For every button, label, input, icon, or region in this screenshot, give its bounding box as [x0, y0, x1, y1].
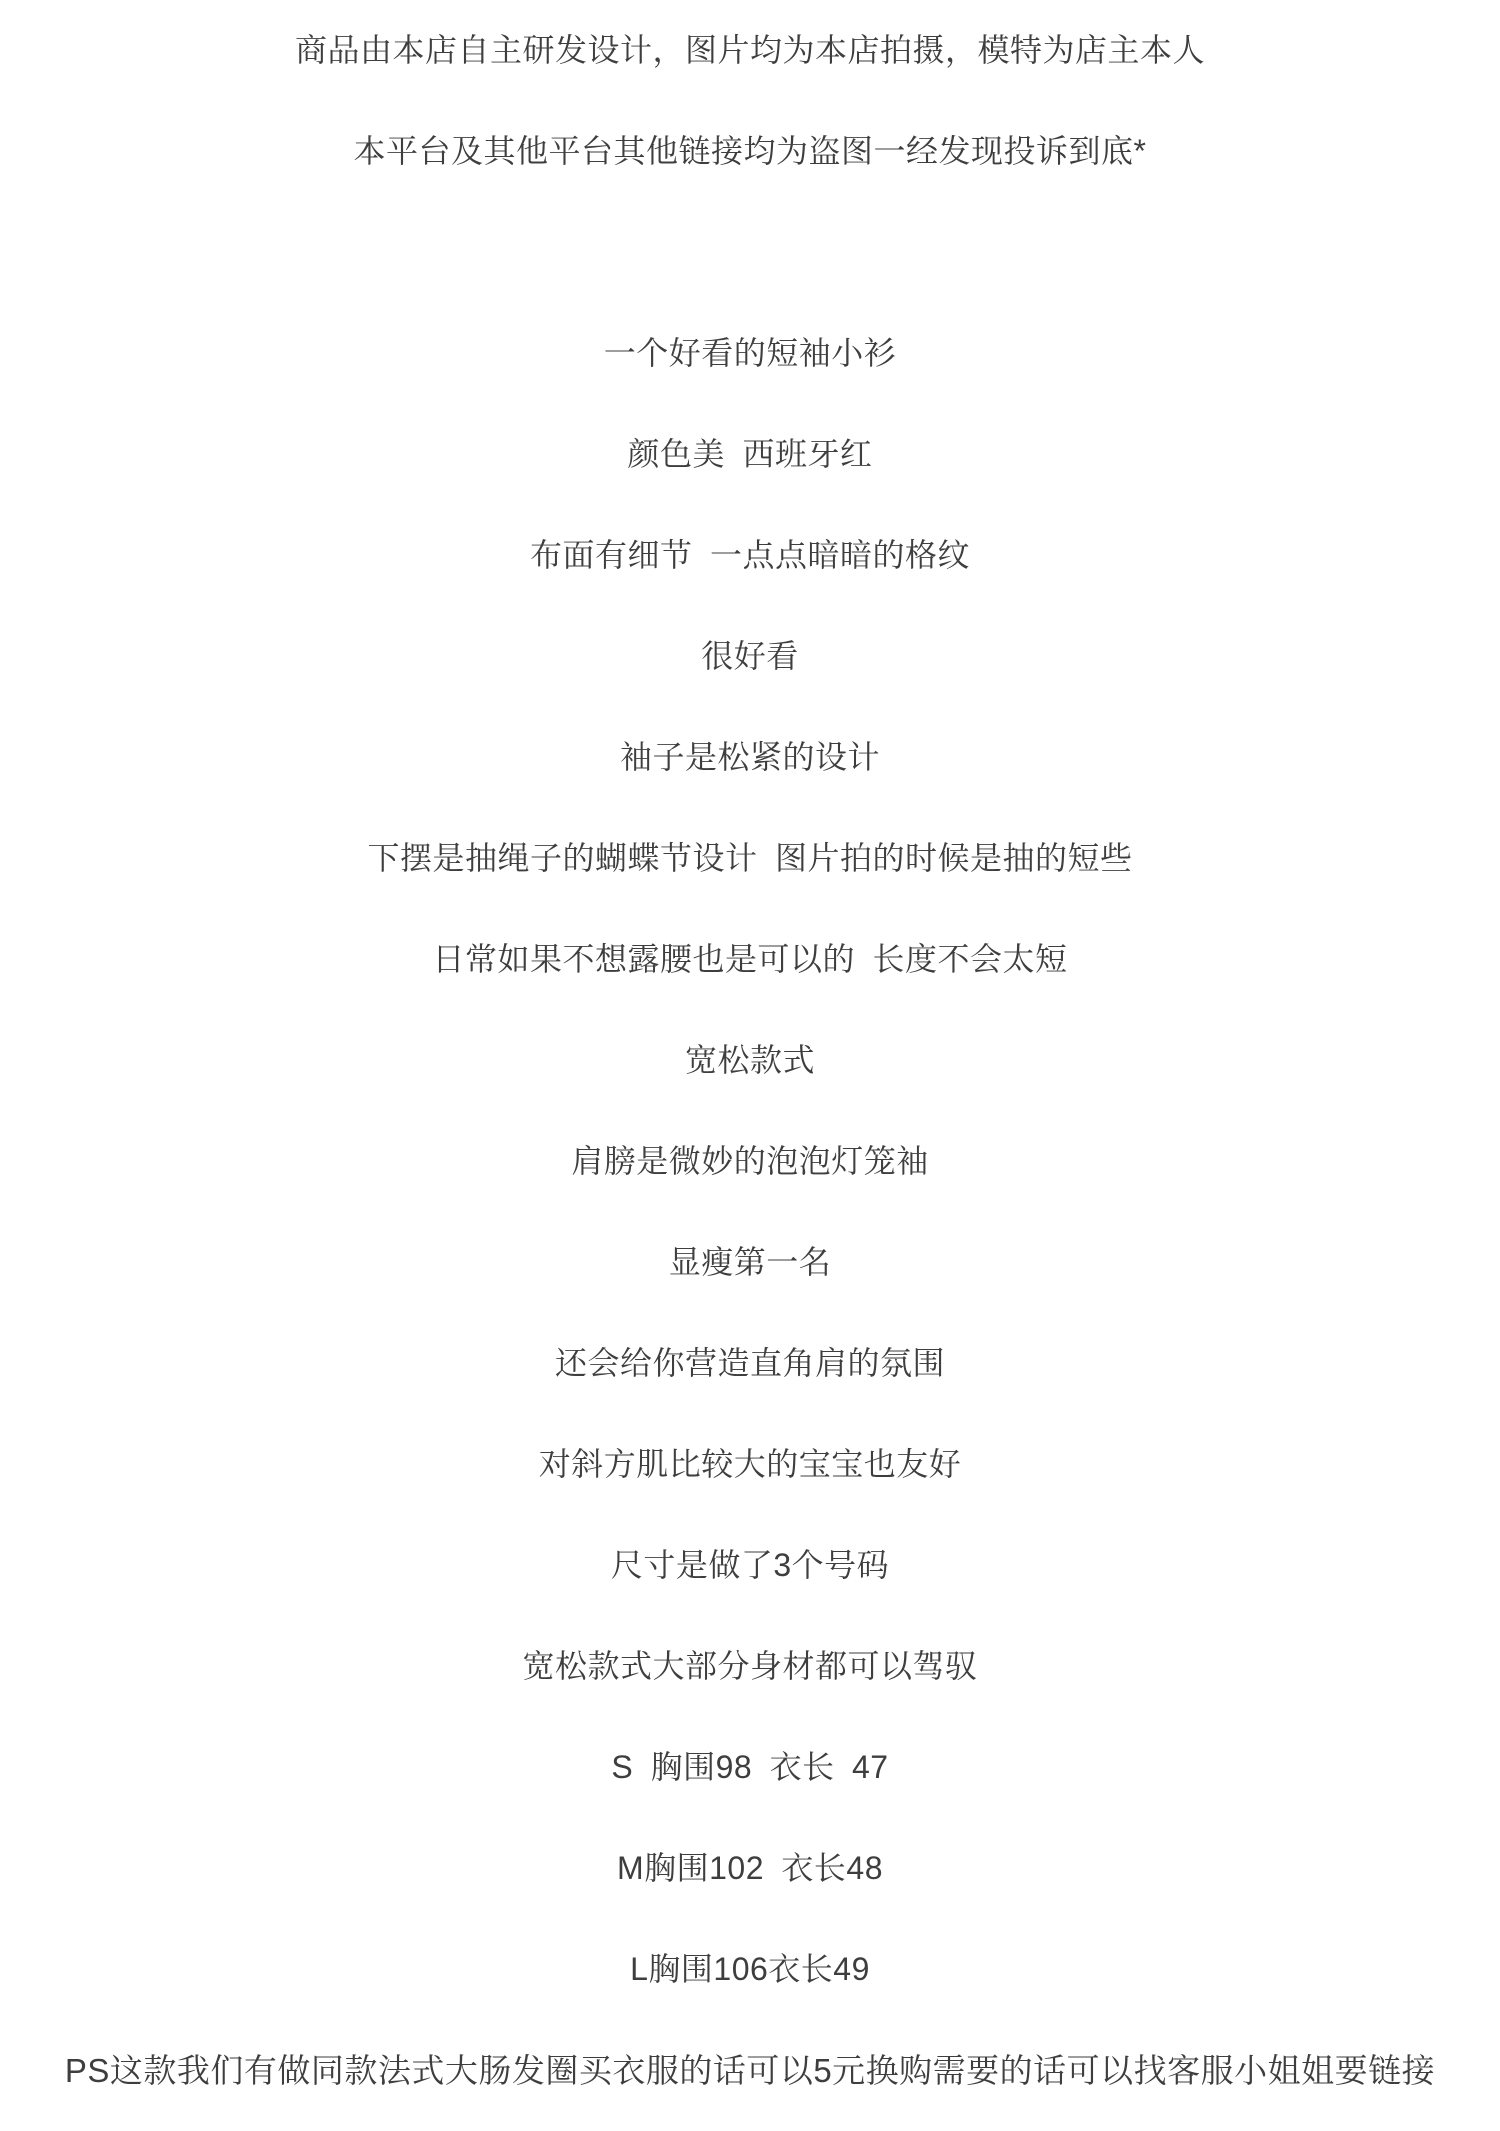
- blank-line: [0, 202, 1500, 303]
- description-line-color: 颜色美 西班牙红: [0, 404, 1500, 505]
- postscript-line: PS这款我们有做同款法式大肠发圈买衣服的话可以5元换购需要的话可以找客服小姐姐要…: [0, 2020, 1500, 2121]
- size-row-s: S 胸围98 衣长 47: [0, 1717, 1500, 1818]
- description-line-trapezius: 对斜方肌比较大的宝宝也友好: [0, 1414, 1500, 1515]
- description-line-sleeve: 袖子是松紧的设计: [0, 707, 1500, 808]
- disclaimer-line-1: 商品由本店自主研发设计，图片均为本店拍摄，模特为店主本人: [0, 0, 1500, 101]
- description-line-looks: 很好看: [0, 606, 1500, 707]
- product-description-page: 商品由本店自主研发设计，图片均为本店拍摄，模特为店主本人 本平台及其他平台其他链…: [0, 0, 1500, 2131]
- size-row-m: M胸围102 衣长48: [0, 1818, 1500, 1919]
- description-line-size-count: 尺寸是做了3个号码: [0, 1515, 1500, 1616]
- description-line-hem: 下摆是抽绳子的蝴蝶节设计 图片拍的时候是抽的短些: [0, 808, 1500, 909]
- description-line-fabric: 布面有细节 一点点暗暗的格纹: [0, 505, 1500, 606]
- size-row-l: L胸围106衣长49: [0, 1919, 1500, 2020]
- description-line-fit-all: 宽松款式大部分身材都可以驾驭: [0, 1616, 1500, 1717]
- disclaimer-line-2: 本平台及其他平台其他链接均为盗图一经发现投诉到底*: [0, 101, 1500, 202]
- description-line-title: 一个好看的短袖小衫: [0, 303, 1500, 404]
- description-line-shoulder: 肩膀是微妙的泡泡灯笼袖: [0, 1111, 1500, 1212]
- description-line-fit: 宽松款式: [0, 1010, 1500, 1111]
- description-line-slim: 显瘦第一名: [0, 1212, 1500, 1313]
- description-line-length: 日常如果不想露腰也是可以的 长度不会太短: [0, 909, 1500, 1010]
- description-line-shoulder-shape: 还会给你营造直角肩的氛围: [0, 1313, 1500, 1414]
